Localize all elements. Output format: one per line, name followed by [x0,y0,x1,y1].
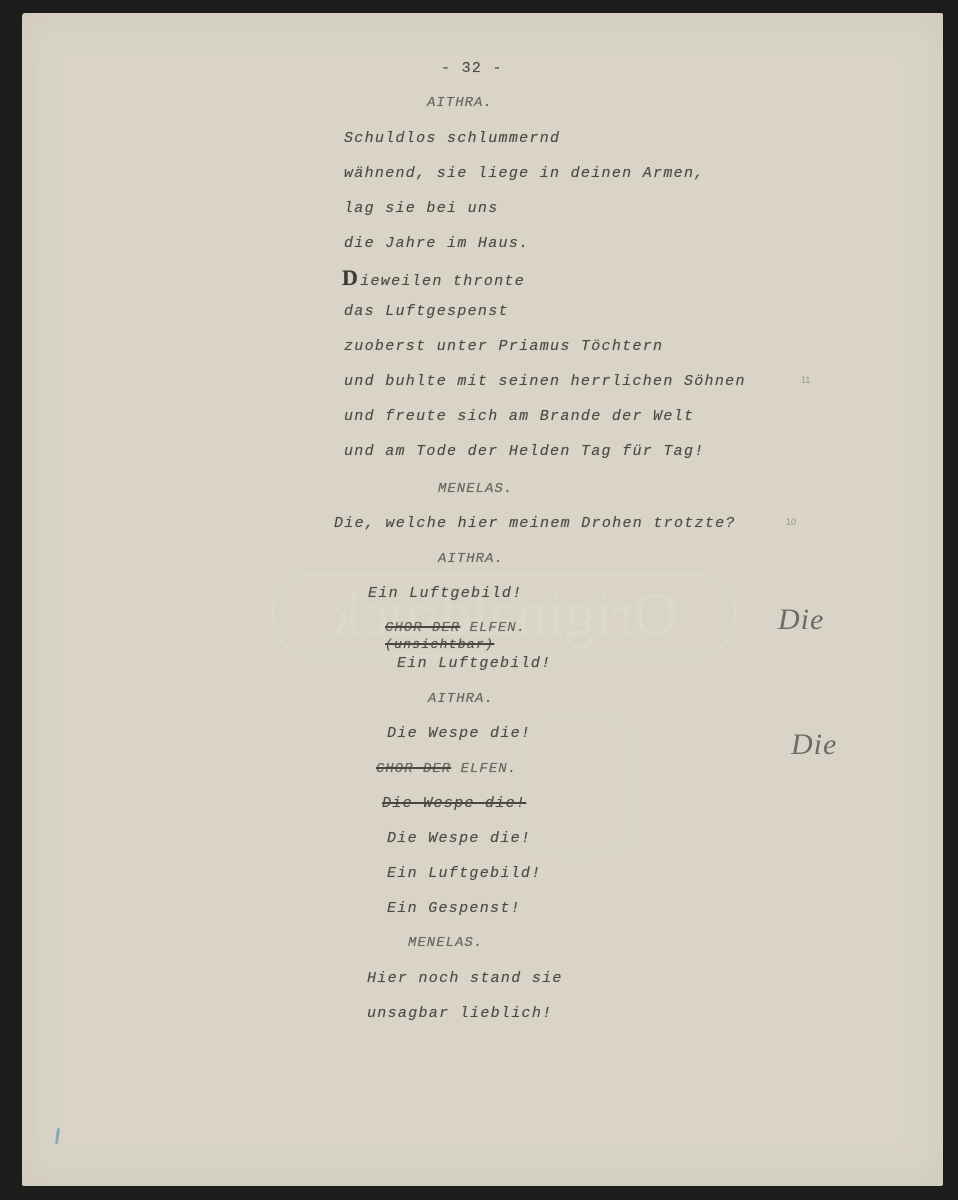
verse-text: ieweilen thronte [360,273,525,290]
speaker-name: AITHRA. [427,95,493,111]
handwritten-annotation: Die [778,603,824,637]
page-number: - 32 - [441,60,503,77]
verse-line: und freute sich am Brande der Welt [344,408,694,425]
verse-line: lag sie bei uns [344,200,499,217]
speaker-text: ELFEN. [451,761,517,777]
verse-line: und am Tode der Helden Tag für Tag! [344,443,705,460]
verse-line: Ein Luftgebild! [368,585,523,602]
speaker-name: MENELAS. [438,481,513,497]
verse-line: und buhlte mit seinen herrlichen Söhnen [344,373,746,390]
verse-line-struck: Die Wespe die! [382,795,526,812]
stage-direction: (unsichtbar) [385,637,494,652]
struck-text: CHOR DER [376,761,451,777]
verse-line: Die Wespe die! [387,830,531,847]
verse-line: die Jahre im Haus. [344,235,529,252]
verse-line: Die Wespe die! [387,725,531,742]
speaker-name: AITHRA. [428,691,494,707]
verse-line: Ein Luftgebild! [387,865,542,882]
verse-line: Ein Gespenst! [387,900,521,917]
verse-line: das Luftgespenst [344,303,509,320]
handwritten-annotation: Die [791,728,837,762]
speaker-name-corrected: CHOR DER ELFEN. [376,761,517,777]
verse-line: wähnend, sie liege in deinen Armen, [344,165,705,182]
verse-line: Schuldlos schlummernd [344,130,560,147]
verse-line: zuoberst unter Priamus Töchtern [344,338,663,355]
verse-line: Die, welche hier meinem Drohen trotzte? [334,515,736,532]
speaker-name: MENELAS. [408,935,483,951]
margin-line-number: 10 [786,517,796,527]
speaker-name: AITHRA. [438,551,504,567]
watermark-emblem [522,713,636,857]
verse-line-with-initial: Dieweilen thronte [342,265,525,291]
struck-text: CHOR DER [385,620,460,636]
struck-text: Die Wespe die! [382,795,526,812]
verse-line: Hier noch stand sie [367,970,563,987]
verse-line: unsagbar lieblich! [367,1005,552,1022]
verse-line: Ein Luftgebild! [397,655,552,672]
margin-line-number: 11 [801,375,810,385]
fraktur-initial: D [342,265,359,290]
speaker-name-corrected: CHOR DER ELFEN. [385,620,526,636]
struck-text: (unsichtbar) [385,637,494,652]
speaker-text: ELFEN. [460,620,526,636]
